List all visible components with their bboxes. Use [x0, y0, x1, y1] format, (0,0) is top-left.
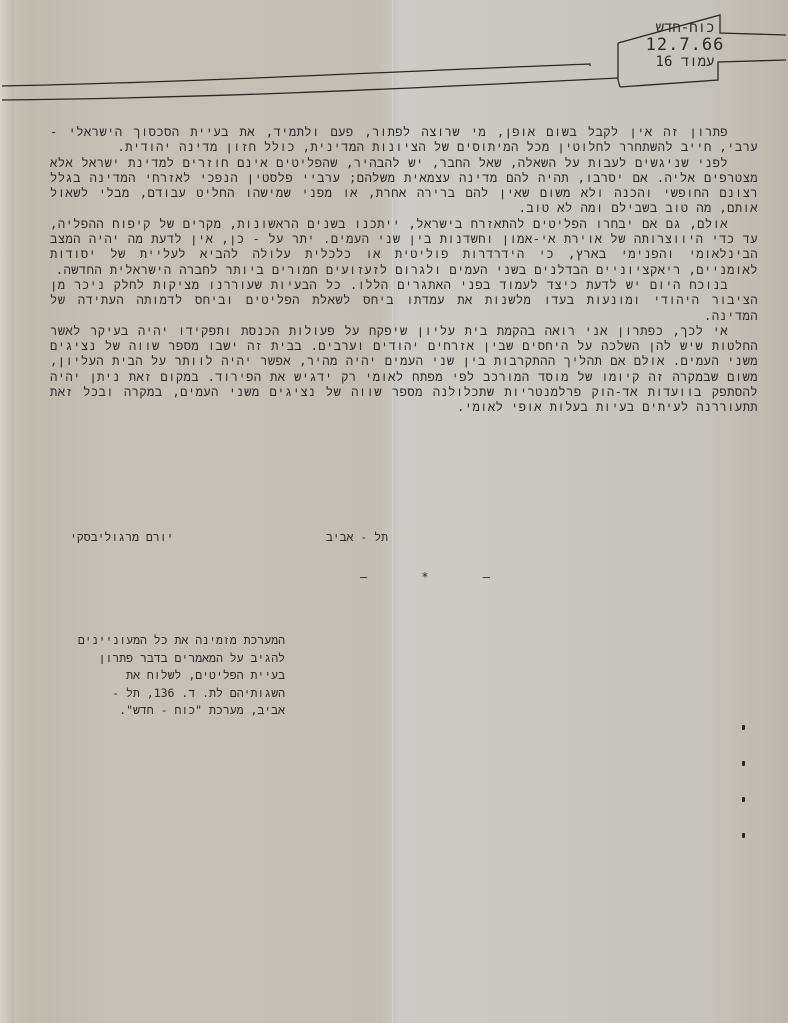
- signature-author: יורם מרגוליבסקי: [70, 530, 174, 545]
- ink-dot: [742, 797, 745, 802]
- article-body: פתרון זה אין לקבל בשום אופן, מי שרוצה לפ…: [50, 125, 758, 416]
- section-divider: – * –: [360, 570, 490, 584]
- scanned-newspaper-page: כוח-חדש 12.7.66 עמוד 16 פתרון זה אין לקב…: [0, 0, 788, 1023]
- divider-dash-left: –: [360, 570, 367, 584]
- asterisk-icon: *: [421, 570, 428, 584]
- article-paragraph: בנוכח היום יש לדעת כיצד לעמוד בפני האתגר…: [50, 278, 758, 324]
- signature-line: תל - אביב יורם מרגוליבסקי: [70, 530, 388, 545]
- issue-date: 12.7.66: [640, 37, 730, 54]
- page-edge-shadow: [0, 0, 14, 1023]
- article-paragraph: אי לכך, כפתרון אני רואה בהקמת בית עליון …: [50, 324, 758, 416]
- divider-dash-right: –: [483, 570, 490, 584]
- article-paragraph: פתרון זה אין לקבל בשום אופן, מי שרוצה לפ…: [50, 125, 758, 156]
- article-paragraph: לפני שניגשים לעבות על השאלה, שאל החבר, י…: [50, 156, 758, 217]
- ink-marks: [742, 725, 754, 869]
- signature-city: תל - אביב: [326, 530, 388, 545]
- ink-dot: [742, 761, 745, 766]
- ink-dot: [742, 833, 745, 838]
- ink-dot: [742, 725, 745, 730]
- editorial-notice: המערכת מזמינה את כל המעוניינים להגיב על …: [75, 632, 285, 720]
- page-number: עמוד 16: [640, 54, 730, 71]
- masthead-box: כוח-חדש 12.7.66 עמוד 16: [640, 20, 730, 71]
- article-paragraph: אולם, גם אם יבחרו הפליטים להתאזרח בישראל…: [50, 217, 758, 278]
